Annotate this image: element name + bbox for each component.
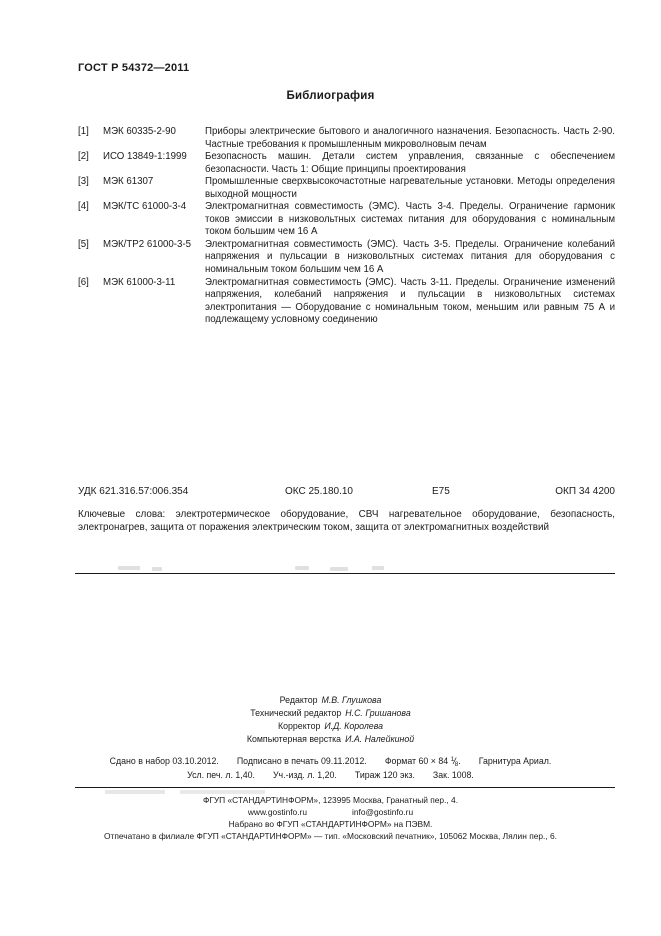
entry-label: [2] xyxy=(78,151,103,176)
staff-name: Н.С. Гришанова xyxy=(345,708,410,718)
staff-name: М.В. Глушкова xyxy=(322,695,382,705)
publisher-printed: Отпечатано в филиале ФГУП «СТАНДАРТИНФОР… xyxy=(0,830,661,842)
entry-description: Безопасность машин. Детали систем управл… xyxy=(205,151,615,176)
entry-description: Приборы электрические бытового и аналоги… xyxy=(205,126,615,151)
publisher-typeset: Набрано во ФГУП «СТАНДАРТИНФОРМ» на ПЭВМ… xyxy=(0,818,661,830)
print-podpisano: Подписано в печать 09.11.2012. xyxy=(237,756,367,766)
print-sdano: Сдано в набор 03.10.2012. xyxy=(110,756,219,766)
print-uch-izd: Уч.-изд. л. 1,20. xyxy=(273,770,337,780)
print-tirazh: Тираж 120 экз. xyxy=(355,770,415,780)
entry-code: МЭК/ТС 61000-3-4 xyxy=(103,201,205,239)
bibliography-entry: [5] МЭК/ТР2 61000-3-5 Электромагнитная с… xyxy=(78,239,615,277)
entry-description: Промышленные сверхвысокочастотные нагрев… xyxy=(205,176,615,201)
oks-code: ОКС 25.180.10 xyxy=(285,486,353,497)
section-title: Библиография xyxy=(0,90,661,102)
format-suffix: . xyxy=(458,756,460,766)
publisher-block: ФГУП «СТАНДАРТИНФОРМ», 123995 Москва, Гр… xyxy=(0,794,661,842)
staff-line: РедакторМ.В. Глушкова xyxy=(0,694,661,707)
entry-code: МЭК 61307 xyxy=(103,176,205,201)
bibliography-entry: [3] МЭК 61307 Промышленные сверхвысокоча… xyxy=(78,176,615,201)
staff-role: Технический редактор xyxy=(250,708,341,718)
print-info-line-1: Сдано в набор 03.10.2012.Подписано в печ… xyxy=(0,756,661,768)
publisher-email: info@gostinfo.ru xyxy=(352,807,413,817)
document-page: ГОСТ Р 54372—2011 Библиография [1] МЭК 6… xyxy=(0,0,661,936)
scan-artifact xyxy=(372,566,384,570)
class-code: Е75 xyxy=(432,486,450,497)
print-format: Формат 60 × 84 1/8. xyxy=(385,756,461,766)
doc-number: ГОСТ Р 54372—2011 xyxy=(78,62,189,74)
classification-row: УДК 621.316.57:006.354 ОКС 25.180.10 Е75… xyxy=(78,486,615,500)
entry-label: [1] xyxy=(78,126,103,151)
print-zakaz: Зак. 1008. xyxy=(433,770,474,780)
bibliography-entry: [4] МЭК/ТС 61000-3-4 Электромагнитная со… xyxy=(78,201,615,239)
scan-artifact xyxy=(295,566,309,570)
publisher-address: ФГУП «СТАНДАРТИНФОРМ», 123995 Москва, Гр… xyxy=(0,794,661,806)
entry-description: Электромагнитная совместимость (ЭМС). Ча… xyxy=(205,239,615,277)
bibliography-entry: [2] ИСО 13849-1:1999 Безопасность машин.… xyxy=(78,151,615,176)
entry-code: МЭК/ТР2 61000-3-5 xyxy=(103,239,205,277)
scan-artifact xyxy=(152,567,162,571)
colophon-staff: РедакторМ.В. Глушкова Технический редакт… xyxy=(0,694,661,746)
entry-label: [4] xyxy=(78,201,103,239)
print-garnitura: Гарнитура Ариал. xyxy=(479,756,552,766)
bibliography-entry: [1] МЭК 60335-2-90 Приборы электрические… xyxy=(78,126,615,151)
staff-role: Редактор xyxy=(280,695,318,705)
scan-artifact xyxy=(330,567,348,571)
publisher-contacts: www.gostinfo.ruinfo@gostinfo.ru xyxy=(0,806,661,818)
staff-line: Компьютерная версткаИ.А. Налейкиной xyxy=(0,733,661,746)
divider-line-top xyxy=(75,573,615,574)
staff-role: Компьютерная верстка xyxy=(247,734,341,744)
keywords-paragraph: Ключевые слова: электротермическое обору… xyxy=(78,509,615,534)
print-usl-pech: Усл. печ. л. 1,40. xyxy=(187,770,255,780)
entry-description: Электромагнитная совместимость (ЭМС). Ча… xyxy=(205,277,615,327)
staff-role: Корректор xyxy=(278,721,320,731)
entry-label: [6] xyxy=(78,277,103,327)
format-prefix: Формат 60 × 84 xyxy=(385,756,448,766)
entry-description: Электромагнитная совместимость (ЭМС). Ча… xyxy=(205,201,615,239)
entry-code: МЭК 60335-2-90 xyxy=(103,126,205,151)
scan-artifact xyxy=(118,566,140,570)
okp-code: ОКП 34 4200 xyxy=(555,486,615,497)
udk-code: УДК 621.316.57:006.354 xyxy=(78,486,188,497)
staff-line: Технический редакторН.С. Гришанова xyxy=(0,707,661,720)
staff-name: И.А. Налейкиной xyxy=(345,734,414,744)
staff-name: И.Д. Королева xyxy=(324,721,383,731)
staff-line: КорректорИ.Д. Королева xyxy=(0,720,661,733)
bibliography-list: [1] МЭК 60335-2-90 Приборы электрические… xyxy=(78,126,615,327)
entry-code: МЭК 61000-3-11 xyxy=(103,277,205,327)
divider-line-bottom xyxy=(75,787,615,788)
entry-label: [5] xyxy=(78,239,103,277)
entry-label: [3] xyxy=(78,176,103,201)
entry-code: ИСО 13849-1:1999 xyxy=(103,151,205,176)
publisher-website: www.gostinfo.ru xyxy=(248,807,307,817)
bibliography-entry: [6] МЭК 61000-3-11 Электромагнитная совм… xyxy=(78,277,615,327)
print-info-line-2: Усл. печ. л. 1,40.Уч.-изд. л. 1,20.Тираж… xyxy=(0,770,661,780)
